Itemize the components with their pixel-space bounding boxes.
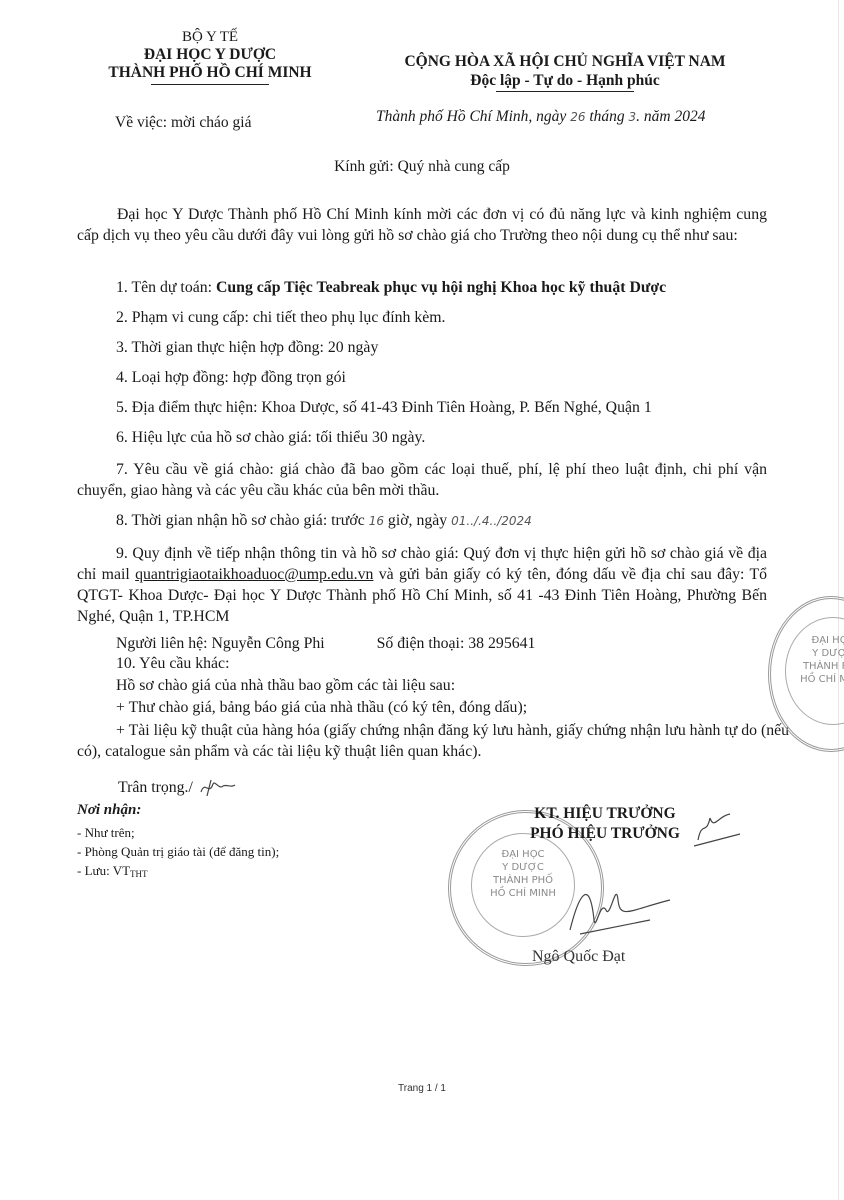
country-name: CỘNG HÒA XÃ HỘI CHỦ NGHĨA VIỆT NAM xyxy=(370,52,760,71)
closing: Trân trọng./ xyxy=(118,776,237,798)
handwritten-deadline-date: 01../.4../2024 xyxy=(451,514,532,528)
item-1: 1. Tên dự toán: Cung cấp Tiệc Teabreak p… xyxy=(116,278,666,298)
org-name-line1: ĐẠI HỌC Y DƯỢC xyxy=(60,46,360,64)
item-10-line1: Hồ sơ chào giá của nhà thầu bao gồm các … xyxy=(116,676,455,696)
date-line: Thành phố Hồ Chí Minh, ngày 26 tháng 3. … xyxy=(376,108,706,126)
month-label: tháng xyxy=(589,108,624,125)
national-header: CỘNG HÒA XÃ HỘI CHỦ NGHĨA VIỆT NAM Độc l… xyxy=(370,52,760,92)
item-1-label: 1. Tên dự toán: xyxy=(116,279,216,296)
closing-text: Trân trọng./ xyxy=(118,779,193,796)
item-8: 8. Thời gian nhận hồ sơ chào giá: trước … xyxy=(116,511,532,531)
side-seal-line-2: Y DƯỢC xyxy=(786,647,844,660)
handwritten-hour: 16 xyxy=(369,514,384,528)
archive-label: - Lưu: VT xyxy=(77,863,130,878)
contact-phone: Số điện thoại: 38 295641 xyxy=(377,635,536,652)
contact-line: Người liên hệ: Nguyễn Công Phi Số điện t… xyxy=(116,634,535,654)
side-seal-line-1: ĐẠI HỌC xyxy=(786,634,844,647)
item-2: 2. Phạm vi cung cấp: chi tiết theo phụ l… xyxy=(116,308,445,328)
item-8-middle: giờ, ngày xyxy=(384,512,451,529)
project-name: Cung cấp Tiệc Teabreak phục vụ hội nghị … xyxy=(216,279,666,296)
item-3: 3. Thời gian thực hiện hợp đồng: 20 ngày xyxy=(116,338,378,358)
header-underline xyxy=(151,84,269,85)
seal-line-2: Y DƯỢC xyxy=(472,861,574,874)
ministry-name: BỘ Y TẾ xyxy=(60,28,360,46)
signer-name: Ngô Quốc Đạt xyxy=(532,948,625,966)
recipient-2: - Phòng Quản trị giáo tài (để đăng tin); xyxy=(77,843,279,860)
item-4: 4. Loại hợp đồng: hợp đồng trọn gói xyxy=(116,368,346,388)
archive-subscript: THT xyxy=(130,869,148,879)
recipients-title: Nơi nhận: xyxy=(77,802,141,819)
item-6: 6. Hiệu lực của hồ sơ chào giá: tối thiể… xyxy=(116,428,425,448)
recipient-archive: - Lưu: VTTHT xyxy=(77,862,148,883)
side-seal-line-4: HỒ CHÍ MINH xyxy=(786,673,844,686)
date-prefix: Thành phố Hồ Chí Minh, ngày xyxy=(376,108,566,125)
side-seal-line-3: THÀNH PHỐ xyxy=(786,660,844,673)
initials-signature-icon xyxy=(197,776,237,798)
item-10-line2: + Thư chào giá, bảng báo giá của nhà thầ… xyxy=(116,698,527,718)
org-name-line2: THÀNH PHỐ HỒ CHÍ MINH xyxy=(60,64,360,82)
seal-line-1: ĐẠI HỌC xyxy=(472,848,574,861)
motto-underline xyxy=(496,91,634,92)
seal-line-4: HỒ CHÍ MINH xyxy=(472,887,574,900)
greeting: Kính gửi: Quý nhà cung cấp xyxy=(0,158,844,176)
email-link[interactable]: quantrigiaotaikhoaduoc@ump.edu.vn xyxy=(135,566,373,583)
issuer-header: BỘ Y TẾ ĐẠI HỌC Y DƯỢC THÀNH PHỐ HỒ CHÍ … xyxy=(60,28,360,85)
subject-line: Về việc: mời cháo giá xyxy=(115,114,251,132)
item-8-prefix: 8. Thời gian nhận hồ sơ chào giá: trước xyxy=(116,512,369,529)
item-10-title: 10. Yêu cầu khác: xyxy=(116,654,229,674)
item-7: 7. Yêu cầu về giá chào: giá chào đã bao … xyxy=(77,459,767,501)
item-5: 5. Địa điểm thực hiện: Khoa Dược, số 41-… xyxy=(116,398,652,418)
contact-person: Người liên hệ: Nguyễn Công Phi xyxy=(116,635,325,652)
recipient-1: - Như trên; xyxy=(77,824,135,841)
handwritten-signature-icon xyxy=(560,870,680,940)
item-10-line3: + Tài liệu kỹ thuật của hàng hóa (giấy c… xyxy=(77,720,797,762)
national-motto: Độc lập - Tự do - Hạnh phúc xyxy=(370,71,760,90)
seal-line-3: THÀNH PHỐ xyxy=(472,874,574,887)
initial-mark-icon xyxy=(690,810,750,850)
handwritten-day: 26 xyxy=(570,110,585,124)
year-label: . năm 2024 xyxy=(636,108,705,125)
item-9: 9. Quy định về tiếp nhận thông tin và hồ… xyxy=(77,543,767,627)
intro-paragraph: Đại học Y Dược Thành phố Hồ Chí Minh kín… xyxy=(77,204,767,246)
side-seal-inner-ring: ĐẠI HỌC Y DƯỢC THÀNH PHỐ HỒ CHÍ MINH xyxy=(785,617,844,725)
page-number: Trang 1 / 1 xyxy=(0,1083,844,1094)
